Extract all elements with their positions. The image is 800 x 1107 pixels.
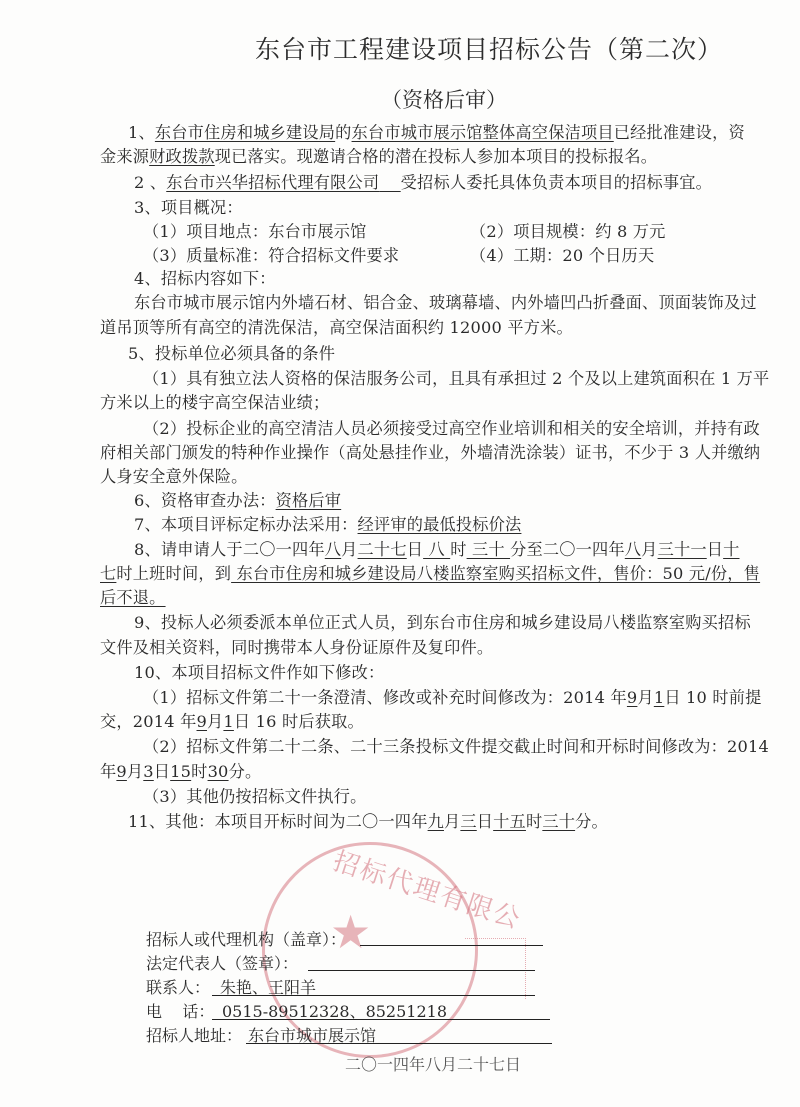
modification-3: （3）其他仍按招标文件执行。 [143, 786, 367, 808]
quality-standard: （3）质量标准：符合招标文件要求 [143, 245, 399, 267]
text: 月 [637, 688, 653, 707]
section-7: 7、本项目评标定标办法采用：经评审的最低投标价法 [134, 514, 521, 536]
funding-source: 财政拨款 [149, 147, 215, 166]
modification-2-line-1: （2）招标文件第二十二条、二十三条投标文件提交截止时间和开标时间修改为：2014 [143, 736, 769, 758]
project-scale: （2）项目规模：约 8 万元 [470, 221, 666, 243]
document-title: 东台市工程建设项目招标公告（第二次） [255, 30, 723, 66]
month: 9 [197, 712, 208, 731]
section-10-heading: 10、本项目招标文件作如下修改： [134, 662, 384, 684]
address-label: 招标人地址： [146, 1025, 242, 1047]
legal-rep-label: 法定代表人（签章）： [146, 953, 298, 975]
signature-scribble [465, 938, 526, 999]
evaluation-method: 经评审的最低投标价法 [358, 515, 522, 534]
section-3-heading: 3、项目概况： [134, 197, 243, 219]
section-9-line-2: 文件及相关资料，同时携带本人身份证原件及复印件。 [100, 637, 493, 659]
opening-hour: 十五 [493, 812, 526, 831]
text: 分。 [229, 762, 262, 781]
agent-name: 东台市兴华招标代理有限公司 [166, 173, 379, 192]
text: 月 [444, 812, 460, 831]
text: 月 [641, 540, 657, 559]
text: 日 [154, 762, 170, 781]
text: 日 [407, 540, 423, 559]
text: 年 [100, 762, 116, 781]
condition-2-line-1: （2）投标企业的高空清洁人员必须接受过高空作业培训和相关的安全培训，并持有政 [143, 418, 760, 440]
section-number: 1、 [128, 123, 155, 142]
tenderer-name: 东台市住房和城乡建设局 [155, 123, 335, 142]
condition-1-line-2: 方米以上的楼宇高空保洁业绩； [100, 392, 329, 414]
text: 日 16 时后获取。 [234, 712, 364, 731]
start-minute: 三十 [467, 540, 510, 559]
legal-rep-line [308, 970, 535, 971]
text: 分。 [575, 812, 608, 831]
text: 金来源 [100, 147, 149, 166]
section-1-line-1: 1、东台市住房和城乡建设局的东台市城市展示馆整体高空保洁项目已经批准建设，资 [128, 122, 745, 144]
modification-1-line-2: 交，2014 年9月1日 16 时后获取。 [100, 711, 364, 733]
text: 的 [335, 123, 351, 142]
text: 已经批准建设，资 [614, 123, 745, 142]
text: 时 [450, 540, 466, 559]
end-hour: 十 [723, 540, 739, 559]
end-hour-cont: 七 [100, 564, 116, 583]
hour: 15 [170, 762, 191, 781]
start-hour: 八 [423, 540, 450, 559]
day: 1 [223, 712, 234, 731]
section-8-line-2: 七时上班时间，到 东台市住房和城乡建设局八楼监察室购买招标文件，售价：50 元/… [100, 563, 760, 585]
section-9-line-1: 9、投标人必须委派本单位正式人员，到东台市住房和城乡建设局八楼监察室购买招标 [134, 612, 751, 634]
text: 月 [207, 712, 223, 731]
text: 分至二〇一四年 [510, 540, 625, 559]
purchase-location-price: 东台市住房和城乡建设局八楼监察室购买招标文件，售价：50 元/份，售 [231, 564, 760, 583]
start-month: 八 [325, 540, 341, 559]
section-1-line-2: 金来源财政拨款现已落实。现邀请合格的潜在投标人参加本项目的投标报名。 [100, 146, 657, 168]
section-4-line-2: 道吊顶等所有高空的清洗保洁，高空保洁面积约 12000 平方米。 [100, 317, 573, 339]
modification-1-line-1: （1）招标文件第二十一条澄清、修改或补充时间修改为：2014 年9月1日 10 … [143, 687, 762, 709]
end-day: 三十一 [658, 540, 707, 559]
condition-2-line-2: 府相关部门颁发的特种作业操作（高处悬挂作业，外墙清洗涂装）证书，不少于 3 人并… [100, 442, 760, 464]
org-seal-label: 招标人或代理机构（盖章）： [146, 929, 346, 951]
section-4-line-1: 东台市城市展示馆内外墙石材、铝合金、玻璃幕墙、内外墙凹凸折叠面、顶面装饰及过 [134, 292, 757, 314]
text: 交，2014 年 [100, 712, 197, 731]
project-duration: （4）工期：20 个日历天 [470, 245, 654, 267]
section-4-heading: 4、招标内容如下： [134, 268, 276, 290]
section-8-line-3: 后不退。 [100, 587, 166, 609]
section-number: 2 、 [134, 173, 166, 192]
document-subtitle: （资格后审） [381, 84, 507, 114]
text: 时 [526, 812, 542, 831]
address-line [246, 1043, 552, 1044]
opening-minute: 三十 [542, 812, 575, 831]
section-11: 11、其他：本项目开标时间为二〇一四年九月三日十五时三十分。 [128, 811, 608, 833]
text: 日 [707, 540, 723, 559]
text: 日 [477, 812, 493, 831]
contact-label: 联系人： [146, 977, 210, 999]
qualification-method: 资格后审 [276, 491, 342, 510]
end-month: 八 [625, 540, 641, 559]
text: 受招标人委托具体负责本项目的招标事宜。 [401, 173, 712, 192]
text: （1）招标文件第二十一条澄清、修改或补充时间修改为：2014 年 [143, 688, 627, 707]
section-6: 6、资格审查办法：资格后审 [134, 490, 341, 512]
phone-line [212, 1019, 550, 1020]
text: 11、其他：本项目开标时间为二〇一四年 [128, 812, 428, 831]
label: 6、资格审查办法： [134, 491, 276, 510]
day: 3 [143, 762, 154, 781]
project-location: （1）项目地点：东台市展示馆 [143, 221, 367, 243]
condition-2-line-3: 人身安全意外保险。 [100, 466, 248, 488]
section-2: 2 、东台市兴华招标代理有限公司 受招标人委托具体负责本项目的招标事宜。 [134, 172, 712, 194]
minute: 30 [208, 762, 229, 781]
text: 时 [191, 762, 207, 781]
contact-line [212, 995, 535, 996]
month: 9 [627, 688, 638, 707]
text: 日 10 时前提 [664, 688, 761, 707]
start-day: 二十七 [358, 540, 407, 559]
no-refund: 后不退。 [100, 588, 166, 607]
section-5-heading: 5、投标单位必须具备的条件 [128, 343, 335, 365]
text: 月 [127, 762, 143, 781]
document-date: 二〇一四年八月二十七日 [345, 1054, 521, 1076]
modification-2-line-2: 年9月3日15时30分。 [100, 761, 261, 783]
label: 7、本项目评标定标办法采用： [134, 515, 358, 534]
day: 1 [654, 688, 665, 707]
org-seal-line [360, 945, 543, 946]
opening-month: 九 [428, 812, 444, 831]
opening-day: 三 [460, 812, 476, 831]
text: 现已落实。现邀请合格的潜在投标人参加本项目的投标报名。 [215, 147, 657, 166]
project-name: 东台市城市展示馆整体高空保洁项目 [352, 123, 614, 142]
text: 8、请申请人于二〇一四年 [134, 540, 325, 559]
condition-1-line-1: （1）具有独立法人资格的保洁服务公司，且具有承担过 2 个及以上建筑面积在 1 … [143, 368, 769, 390]
text: 月 [341, 540, 357, 559]
blank-fill [379, 173, 400, 192]
section-8-line-1: 8、请申请人于二〇一四年八月二十七日 八 时 三十 分至二〇一四年八月三十一日十 [134, 539, 740, 561]
month: 9 [116, 762, 127, 781]
phone-label: 电 话： [146, 1001, 214, 1023]
text: 时上班时间，到 [116, 564, 231, 583]
